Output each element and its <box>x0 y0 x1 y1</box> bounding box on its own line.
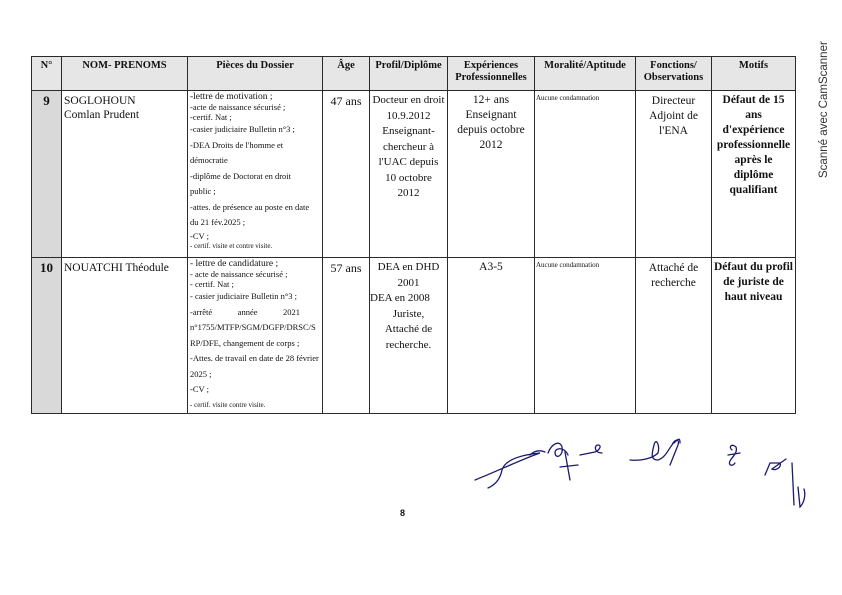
experience-line: 12+ ans <box>448 93 534 108</box>
fonction-line: Adjoint de <box>636 109 711 124</box>
experience-line: 2012 <box>448 138 534 153</box>
row-profil: DEA en DHD 2001 DEA en 2008 Juriste, Att… <box>370 258 448 414</box>
profil-line: DEA en 2008 <box>370 291 447 307</box>
row-age: 57 ans <box>323 258 370 414</box>
row-num: 9 <box>32 91 62 258</box>
piece-item: - lettre de candidature ; <box>190 259 320 270</box>
page-number: 8 <box>400 508 405 518</box>
signature-2-icon <box>630 439 680 465</box>
experience-line: A3-5 <box>448 260 534 275</box>
profil-line: l'UAC depuis <box>370 155 447 171</box>
header-pieces: Pièces du Dossier <box>188 57 323 91</box>
piece-item: 2025 ; <box>190 367 320 383</box>
motif-line: Défaut de 15 <box>712 93 795 108</box>
header-experiences: Expériences Professionnelles <box>448 57 535 91</box>
name-line: SOGLOHOUN <box>64 94 185 108</box>
piece-item: - certif. visite et contre visite. <box>190 242 320 251</box>
row-pieces: - lettre de candidature ; - acte de nais… <box>188 258 323 414</box>
motif-line: qualifiant <box>712 183 795 198</box>
piece-item: -Attes. de travail en date de 28 février <box>190 351 320 367</box>
fonction-line: Directeur <box>636 94 711 109</box>
header-moralite: Moralité/Aptitude <box>535 57 636 91</box>
row-moralite: Aucune condamnation <box>535 258 636 414</box>
piece-item: -CV ; <box>190 382 320 398</box>
header-motifs: Motifs <box>712 57 796 91</box>
piece-item: -lettre de motivation ; <box>190 92 320 103</box>
experience-line: Enseignant <box>448 108 534 123</box>
name-line: NOUATCHI Théodule <box>64 261 185 275</box>
profil-line: DEA en DHD <box>370 260 447 276</box>
piece-item: RP/DFE, changement de corps ; <box>190 336 320 352</box>
profil-line: recherche. <box>370 338 447 354</box>
profil-line: Enseignant- <box>370 124 447 140</box>
piece-item: - acte de naissance sécurisé ; <box>190 270 320 280</box>
row-profil: Docteur en droit 10.9.2012 Enseignant- c… <box>370 91 448 258</box>
row-fonctions: Attaché de recherche <box>636 258 712 414</box>
profil-line: 2001 <box>370 276 447 292</box>
signatures <box>460 425 810 525</box>
row-name: NOUATCHI Théodule <box>62 258 188 414</box>
profil-line: 10.9.2012 <box>370 109 447 125</box>
initials-3-icon <box>792 463 805 507</box>
row-pieces: -lettre de motivation ; -acte de naissan… <box>188 91 323 258</box>
header-num: N° <box>32 57 62 91</box>
candidates-table: N° NOM- PRENOMS Pièces du Dossier Âge Pr… <box>31 56 796 414</box>
row-motifs: Défaut de 15 ans d'expérience profession… <box>712 91 796 258</box>
motif-line: de juriste de <box>712 275 795 290</box>
piece-item: -attes. de présence au poste en date <box>190 200 320 216</box>
motif-line: ans <box>712 108 795 123</box>
piece-item: -DEA Droits de l'homme et <box>190 138 320 154</box>
profil-line: Attaché de <box>370 322 447 338</box>
piece-item: - certif. visite contre visite. <box>190 398 320 414</box>
table-row: 9 SOGLOHOUN Comlan Prudent -lettre de mo… <box>32 91 796 258</box>
row-name: SOGLOHOUN Comlan Prudent <box>62 91 188 258</box>
table-row: 10 NOUATCHI Théodule - lettre de candida… <box>32 258 796 414</box>
row-experiences: A3-5 <box>448 258 535 414</box>
piece-item: public ; <box>190 184 320 200</box>
piece-item: -CV ; <box>190 231 320 242</box>
profil-line: Docteur en droit <box>370 93 447 109</box>
piece-item: -diplôme de Doctorat en droit <box>190 169 320 185</box>
signature-1-flourish-icon <box>548 443 602 480</box>
profil-line: chercheur à <box>370 140 447 156</box>
scanner-watermark: Scanné avec CamScanner <box>818 18 834 178</box>
fonction-line: Attaché de <box>636 261 711 276</box>
motif-line: Défaut du profil <box>712 260 795 275</box>
piece-item: -casier judiciaire Bulletin n°3 ; <box>190 122 320 138</box>
row-age: 47 ans <box>323 91 370 258</box>
initials-1-icon <box>728 445 740 465</box>
profil-line: 10 octobre <box>370 171 447 187</box>
motif-line: haut niveau <box>712 290 795 305</box>
piece-item: du 21 fév.2025 ; <box>190 215 320 231</box>
row-motifs: Défaut du profil de juriste de haut nive… <box>712 258 796 414</box>
motif-line: d'expérience <box>712 123 795 138</box>
piece-item: - certif. Nat ; <box>190 280 320 290</box>
piece-item: -certif. Nat ; <box>190 113 320 123</box>
profil-line: Juriste, <box>370 307 447 323</box>
header-profil: Profil/Diplôme <box>370 57 448 91</box>
row-experiences: 12+ ans Enseignant depuis octobre 2012 <box>448 91 535 258</box>
name-line: Comlan Prudent <box>64 108 185 122</box>
signature-1-icon <box>475 451 545 488</box>
header-age: Âge <box>323 57 370 91</box>
table-header-row: N° NOM- PRENOMS Pièces du Dossier Âge Pr… <box>32 57 796 91</box>
profil-line: 2012 <box>370 186 447 202</box>
initials-2-icon <box>765 459 786 475</box>
piece-item: n°1755/MTFP/SGM/DGFP/DRSC/S <box>190 320 320 336</box>
piece-item: -arrêté année 2021 <box>190 305 320 321</box>
fonction-line: recherche <box>636 276 711 291</box>
header-name: NOM- PRENOMS <box>62 57 188 91</box>
experience-line: depuis octobre <box>448 123 534 138</box>
row-moralite: Aucune condamnation <box>535 91 636 258</box>
row-fonctions: Directeur Adjoint de l'ENA <box>636 91 712 258</box>
piece-item: - casier judiciaire Bulletin n°3 ; <box>190 289 320 305</box>
motif-line: après le <box>712 153 795 168</box>
row-num: 10 <box>32 258 62 414</box>
motif-line: diplôme <box>712 168 795 183</box>
motif-line: professionnelle <box>712 138 795 153</box>
watermark-text: Scanné avec CamScanner <box>818 41 830 178</box>
fonction-line: l'ENA <box>636 124 711 139</box>
header-fonctions: Fonctions/ Observations <box>636 57 712 91</box>
piece-item: démocratie <box>190 153 320 169</box>
piece-item: -acte de naissance sécurisé ; <box>190 103 320 113</box>
